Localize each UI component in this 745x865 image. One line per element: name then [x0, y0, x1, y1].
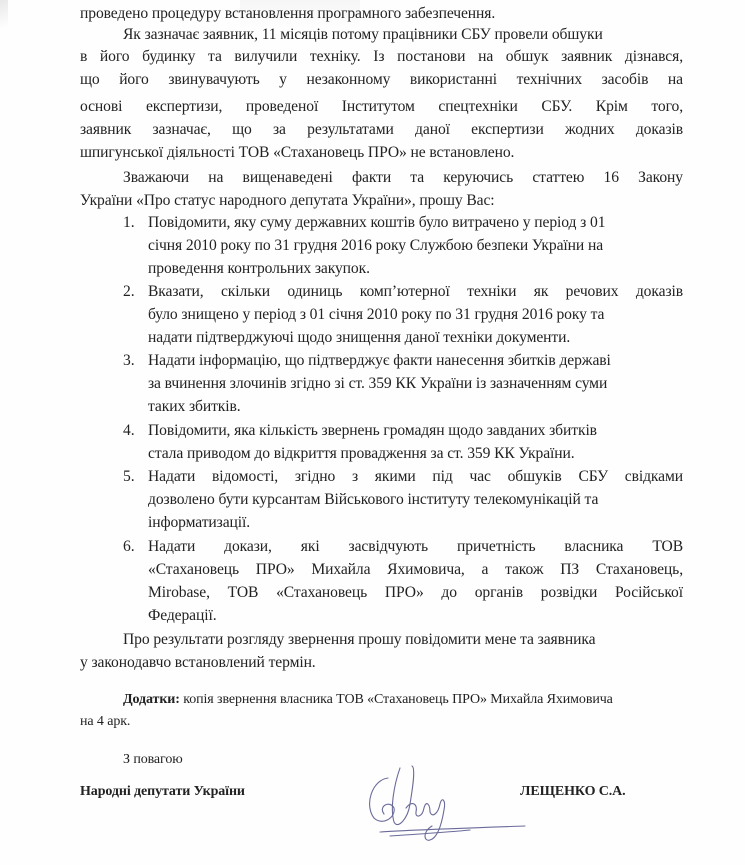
paragraph-search-line: шпигунської діяльності ТОВ «Стахановець …	[80, 143, 514, 163]
item-line: Надати докази, які засвідчують причетніс…	[148, 537, 683, 557]
item-line: «Стахановець ПРО» Михайла Яхимовича, а т…	[148, 560, 683, 580]
signatory-name: ЛЕЩЕНКО С.А.	[520, 782, 626, 802]
item-line: стала приводом до відкриття провадження …	[148, 444, 575, 464]
item-line: Надати відомості, згідно з якими під час…	[148, 467, 683, 487]
item-number: 3.	[123, 351, 135, 371]
signatory-title: Народні депутати України	[80, 782, 245, 802]
attachments-continuation: на 4 арк.	[80, 712, 130, 732]
attachments-line: Додатки: копія звернення власника ТОВ «С…	[123, 690, 613, 710]
item-line: Надати інформацію, що підтверджує факти …	[148, 351, 611, 371]
item-number: 4.	[123, 421, 135, 441]
item-line: проведення контрольних закупок.	[148, 259, 370, 279]
paragraph-result-line: Про результати розгляду звернення прошу …	[123, 630, 595, 650]
scan-edge-shadow	[0, 0, 8, 40]
paragraph-search-line: заявник зазначає, що за результатами дан…	[80, 120, 683, 140]
paragraph-intro-tail: проведено процедуру встановлення програм…	[80, 4, 495, 24]
item-line: таких збитків.	[148, 397, 241, 417]
item-line: за вчинення злочинів згідно зі ст. 359 К…	[148, 374, 607, 394]
paragraph-result-line: у законодавчо встановлений термін.	[80, 653, 316, 673]
item-number: 6.	[123, 537, 135, 557]
item-line: Повідомити, яка кількість звернень грома…	[148, 421, 597, 441]
item-line: Mirobase, ТОВ «Стахановець ПРО» до орган…	[148, 583, 683, 603]
attachments-label: Додатки:	[123, 692, 180, 707]
item-number: 1.	[123, 213, 135, 233]
paragraph-search-line: Як зазначає заявник, 11 місяців потому п…	[123, 25, 603, 45]
signature-icon	[360, 760, 530, 850]
item-line: було знищено у період з 01 січня 2010 ро…	[148, 305, 604, 325]
closing-text: З повагою	[123, 750, 183, 770]
item-line: Повідомити, яку суму державних коштів бу…	[148, 213, 605, 233]
item-line: Федерації.	[148, 606, 217, 626]
item-line: січня 2010 року по 31 грудня 2016 року С…	[148, 236, 603, 256]
item-line: дозволено бути курсантам Військового інс…	[148, 490, 598, 510]
document-page: проведено процедуру встановлення програм…	[0, 0, 745, 865]
paragraph-request-line: України «Про статус народного депутата У…	[80, 191, 495, 211]
item-number: 5.	[123, 467, 135, 487]
paragraph-request-line: Зважаючи на вищенаведені факти та керуюч…	[123, 168, 683, 188]
item-line: Вказати, скільки одиниць комп’ютерної те…	[148, 282, 683, 302]
paragraph-search-line: що його звинувачують у незаконному викор…	[80, 70, 683, 90]
paragraph-search-line: в його будинку та вилучили техніку. Із п…	[80, 47, 683, 67]
paragraph-search-line: основі експертизи, проведеної Інститутом…	[80, 97, 683, 117]
item-number: 2.	[123, 282, 135, 302]
item-line: інформатизації.	[148, 513, 250, 533]
item-line: надати підтверджуючі щодо знищення даної…	[148, 328, 570, 348]
attachments-text: копія звернення власника ТОВ «Стахановец…	[183, 692, 613, 707]
